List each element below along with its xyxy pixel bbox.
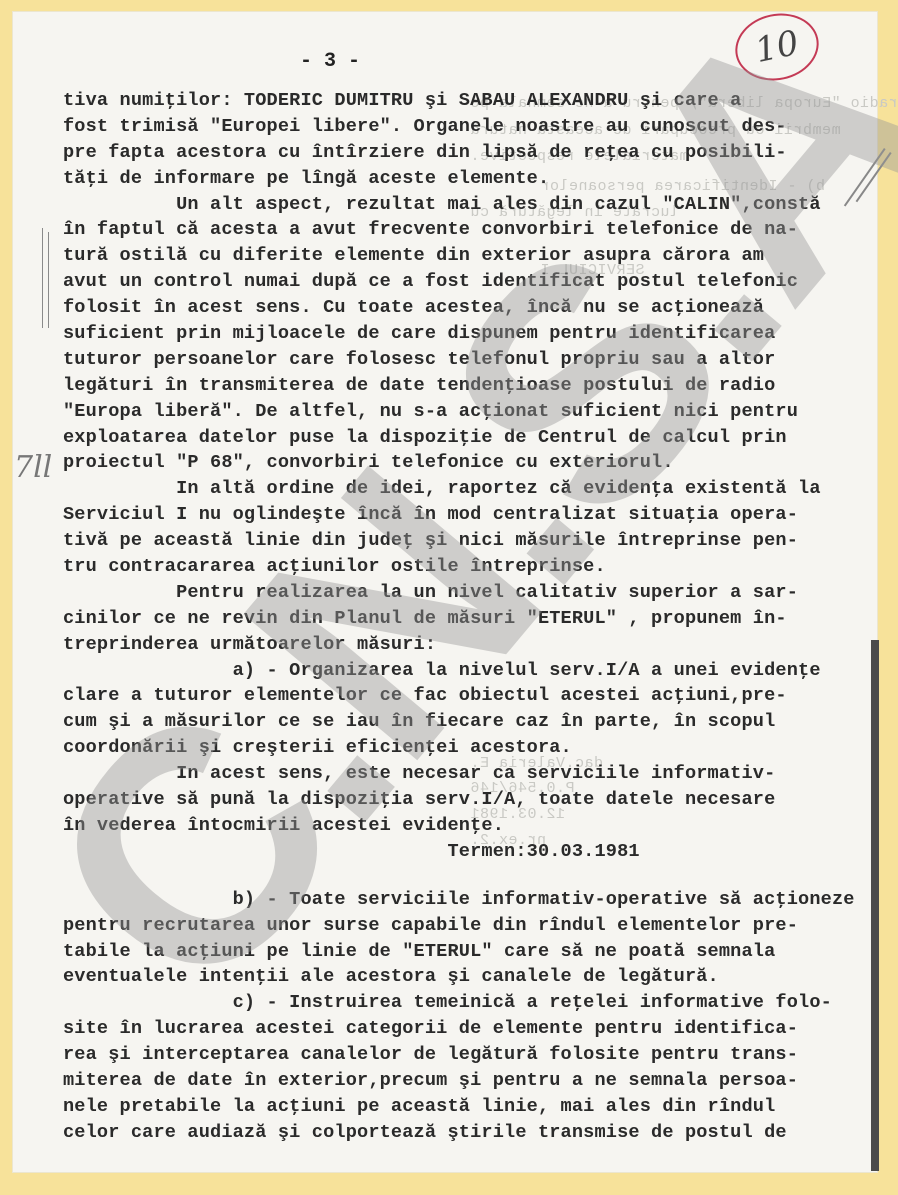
text-line: în vederea întocmirii acestei evidenţe. [63, 813, 883, 839]
paragraph: In altă ordine de idei, raportez că evid… [63, 476, 883, 580]
folio-number: 10 [752, 23, 803, 71]
text-line: nele pretabile la acţiuni pe această lin… [63, 1094, 883, 1120]
text-line: In altă ordine de idei, raportez că evid… [63, 476, 883, 502]
text-line: tabile la acţiuni pe linie de "ETERUL" c… [63, 939, 883, 965]
text-line: avut un control numai după ce a fost ide… [63, 269, 883, 295]
text-line: b) - Toate serviciile informativ-operati… [63, 887, 883, 913]
margin-mark-left-2 [48, 232, 49, 328]
text-line: legături în transmiterea de date tendenţ… [63, 373, 883, 399]
text-line: eventualele intenţii ale acestora şi can… [63, 964, 883, 990]
text-line: fost trimisă "Europei libere". Organele … [63, 114, 883, 140]
text-line: cinilor ce ne revin din Planul de măsuri… [63, 606, 883, 632]
text-line: clare a tuturor elementelor ce fac obiec… [63, 683, 883, 709]
document-body: tiva numiţilor: TODERIC DUMITRU şi SABAU… [63, 88, 883, 1146]
text-line: miterea de date în exterior,precum şi pe… [63, 1068, 883, 1094]
text-line: tru contracararea acţiunilor ostile într… [63, 554, 883, 580]
paragraph: b) - Toate serviciile informativ-operati… [63, 887, 883, 991]
margin-mark-left-1 [42, 228, 43, 328]
paragraph: tiva numiţilor: TODERIC DUMITRU şi SABAU… [63, 88, 883, 192]
text-line: operative să pună la dispoziţia serv.I/A… [63, 787, 883, 813]
text-line: pre fapta acestora cu întîrziere din lip… [63, 140, 883, 166]
text-line: rea şi interceptarea canalelor de legătu… [63, 1042, 883, 1068]
text-line: tivă pe această linie din judeţ şi nici … [63, 528, 883, 554]
text-line: tăţi de informare pe lîngă aceste elemen… [63, 166, 883, 192]
text-line: cum şi a măsurilor ce se iau în fiecare … [63, 709, 883, 735]
text-line: treprinderea următoarelor măsuri: [63, 632, 883, 658]
paragraph: In acest sens, este necesar ca serviciil… [63, 761, 883, 839]
text-line: pentru recrutarea unor surse capabile di… [63, 913, 883, 939]
page-number: - 3 - [300, 50, 360, 73]
paragraph: a) - Organizarea la nivelul serv.I/A a u… [63, 658, 883, 762]
text-line: proiectul "P 68", convorbiri telefonice … [63, 450, 883, 476]
text-line: Pentru realizarea la un nivel calitativ … [63, 580, 883, 606]
paragraph: Termen:30.03.1981 [63, 839, 883, 865]
text-line: Serviciul I nu oglindeşte încă în mod ce… [63, 502, 883, 528]
text-line: a) - Organizarea la nivelul serv.I/A a u… [63, 658, 883, 684]
text-line: tură ostilă cu diferite elemente din ext… [63, 243, 883, 269]
text-line: Termen:30.03.1981 [63, 839, 883, 865]
text-line: Un alt aspect, rezultat mai ales din caz… [63, 192, 883, 218]
paragraph-gap [63, 865, 883, 887]
text-line: în faptul că acesta a avut frecvente con… [63, 217, 883, 243]
text-line: tiva numiţilor: TODERIC DUMITRU şi SABAU… [63, 88, 883, 114]
text-line: tuturor persoanelor care folosesc telefo… [63, 347, 883, 373]
margin-note-handwritten: 7ll [14, 450, 52, 485]
text-line: site în lucrarea acestei categorii de el… [63, 1016, 883, 1042]
paragraph: Un alt aspect, rezultat mai ales din caz… [63, 192, 883, 477]
text-line: suficient prin mijloacele de care dispun… [63, 321, 883, 347]
text-line: exploatarea datelor puse la dispoziţie d… [63, 425, 883, 451]
text-line: coordonării şi creşterii eficienţei aces… [63, 735, 883, 761]
paragraph: Pentru realizarea la un nivel calitativ … [63, 580, 883, 658]
text-line: In acest sens, este necesar ca serviciil… [63, 761, 883, 787]
text-line: c) - Instruirea temeinică a reţelei info… [63, 990, 883, 1016]
text-line: folosit în acest sens. Cu toate acestea,… [63, 295, 883, 321]
paragraph: c) - Instruirea temeinică a reţelei info… [63, 990, 883, 1145]
text-line: "Europa liberă". De altfel, nu s-a acţio… [63, 399, 883, 425]
text-line: celor care audiază şi colportează ştiril… [63, 1120, 883, 1146]
